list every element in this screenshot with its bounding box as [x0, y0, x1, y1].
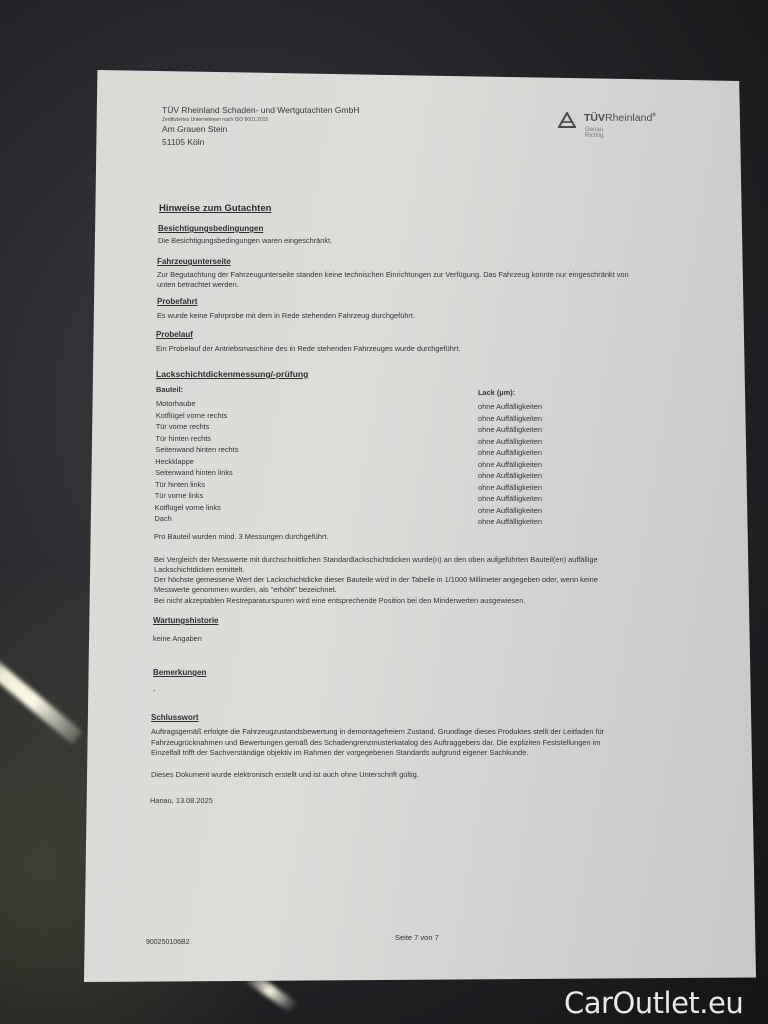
paint-note-line: Bei nicht akzeptablen Restreparaturspure…	[154, 596, 525, 606]
remarks-heading: Bemerkungen	[153, 668, 206, 677]
paint-row-value: ohne Auffälligkeiten	[478, 483, 542, 492]
paint-row-value: ohne Auffälligkeiten	[478, 448, 542, 457]
section-text: Ein Probelauf der Antriebsmaschine des i…	[156, 344, 460, 354]
section-heading: Besichtigungsbedingungen	[158, 224, 263, 233]
paint-note-line: Der höchste gemessene Wert der Lackschic…	[154, 575, 598, 585]
section-heading: Probelauf	[156, 330, 193, 339]
closing-line: Auftragsgemäß erfolgte die Fahrzeugzusta…	[151, 727, 604, 737]
city: 51105 Köln	[162, 137, 204, 147]
paint-row-value: ohne Auffälligkeiten	[478, 437, 542, 446]
column-header-paint: Lack (µm):	[478, 388, 515, 397]
paint-measurement-heading: Lackschichtdickenmessung/-prüfung	[156, 369, 308, 379]
document-content: TÜV Rheinland Schaden- und Wertgutachten…	[0, 0, 768, 1024]
closing-heading: Schlusswort	[151, 713, 199, 722]
document-number: 900250106B2	[146, 939, 190, 946]
section-text: Zur Begutachtung der Fahrzeugunterseite …	[157, 270, 642, 290]
registered-mark: ®	[652, 113, 656, 119]
section-text: Die Besichtigungsbedingungen waren einge…	[158, 236, 332, 246]
paint-row-value: ohne Auffälligkeiten	[478, 460, 542, 469]
company-name: TÜV Rheinland Schaden- und Wertgutachten…	[162, 105, 359, 115]
logo-brand-light: Rheinland	[605, 112, 652, 124]
logo-wordmark: TÜVRheinland®	[584, 112, 656, 124]
paint-row-part: Motorhaube	[156, 399, 195, 408]
maintenance-heading: Wartungshistorie	[153, 616, 218, 625]
remarks-text: -	[153, 686, 155, 696]
closing-line: Fahrzeugrücknahmen und Bewertungen gemäß…	[151, 738, 600, 748]
section-text: Es wurde keine Fahrprobe mit dem in Rede…	[157, 311, 415, 321]
section-heading: Fahrzeugunterseite	[157, 257, 231, 266]
paint-row-part: Seitenwand hinten links	[155, 468, 233, 477]
paint-row-value: ohne Auffälligkeiten	[478, 414, 542, 423]
paint-row-part: Kotflügel vorne links	[155, 503, 221, 512]
certification-line: Zertifiziertes Unternehmen nach ISO 9001…	[162, 117, 268, 123]
closing-line: Einzelfall trifft der Sachverständige ob…	[151, 748, 528, 758]
section-heading: Probefahrt	[157, 297, 197, 306]
electronic-note: Dieses Dokument wurde elektronisch erste…	[151, 770, 419, 780]
paint-row-value: ohne Auffälligkeiten	[478, 494, 542, 503]
paint-row-value: ohne Auffälligkeiten	[478, 517, 542, 526]
paint-row-value: ohne Auffälligkeiten	[478, 425, 542, 434]
paint-row-part: Seitenwand hinten rechts	[155, 445, 238, 454]
logo-brand-bold: TÜV	[584, 112, 605, 124]
paint-row-part: Tür hinten rechts	[156, 434, 211, 443]
paint-row-part: Heckklappe	[155, 457, 194, 466]
triangle-logo-icon	[558, 112, 576, 128]
paint-row-part: Kotflügel vorne rechts	[156, 411, 227, 420]
carOutlet-watermark: CarOutlet.eu	[564, 986, 743, 1020]
paint-row-value: ohne Auffälligkeiten	[478, 506, 542, 515]
column-header-part: Bauteil:	[156, 385, 183, 394]
paint-row-part: Tür vorne links	[155, 491, 203, 500]
paint-note-line: Messwerte genommen wurden, als "erhöht" …	[154, 585, 337, 595]
paint-row-part: Tür vorne rechts	[156, 422, 210, 431]
logo-claim: Genau. Richtig.	[585, 127, 605, 139]
paint-row-value: ohne Auffälligkeiten	[478, 402, 542, 411]
place-date: Hanau, 13.08.2025	[150, 796, 213, 806]
measurement-note: Pro Bauteil wurden mind. 3 Messungen dur…	[154, 532, 329, 542]
page-number: Seite 7 von 7	[395, 933, 439, 942]
paint-row-value: ohne Auffälligkeiten	[478, 471, 542, 480]
paint-row-part: Tür hinten links	[155, 480, 205, 489]
paint-note-line: Lackschichtdicken ermittelt.	[154, 565, 244, 575]
paint-row-part: Dach	[155, 514, 172, 523]
maintenance-text: keine Angaben	[153, 634, 202, 644]
document-title: Hinweise zum Gutachten	[159, 203, 271, 214]
paint-note-line: Bei Vergleich der Messwerte mit durchsch…	[154, 555, 598, 565]
street: Am Grauen Stein	[162, 124, 227, 134]
